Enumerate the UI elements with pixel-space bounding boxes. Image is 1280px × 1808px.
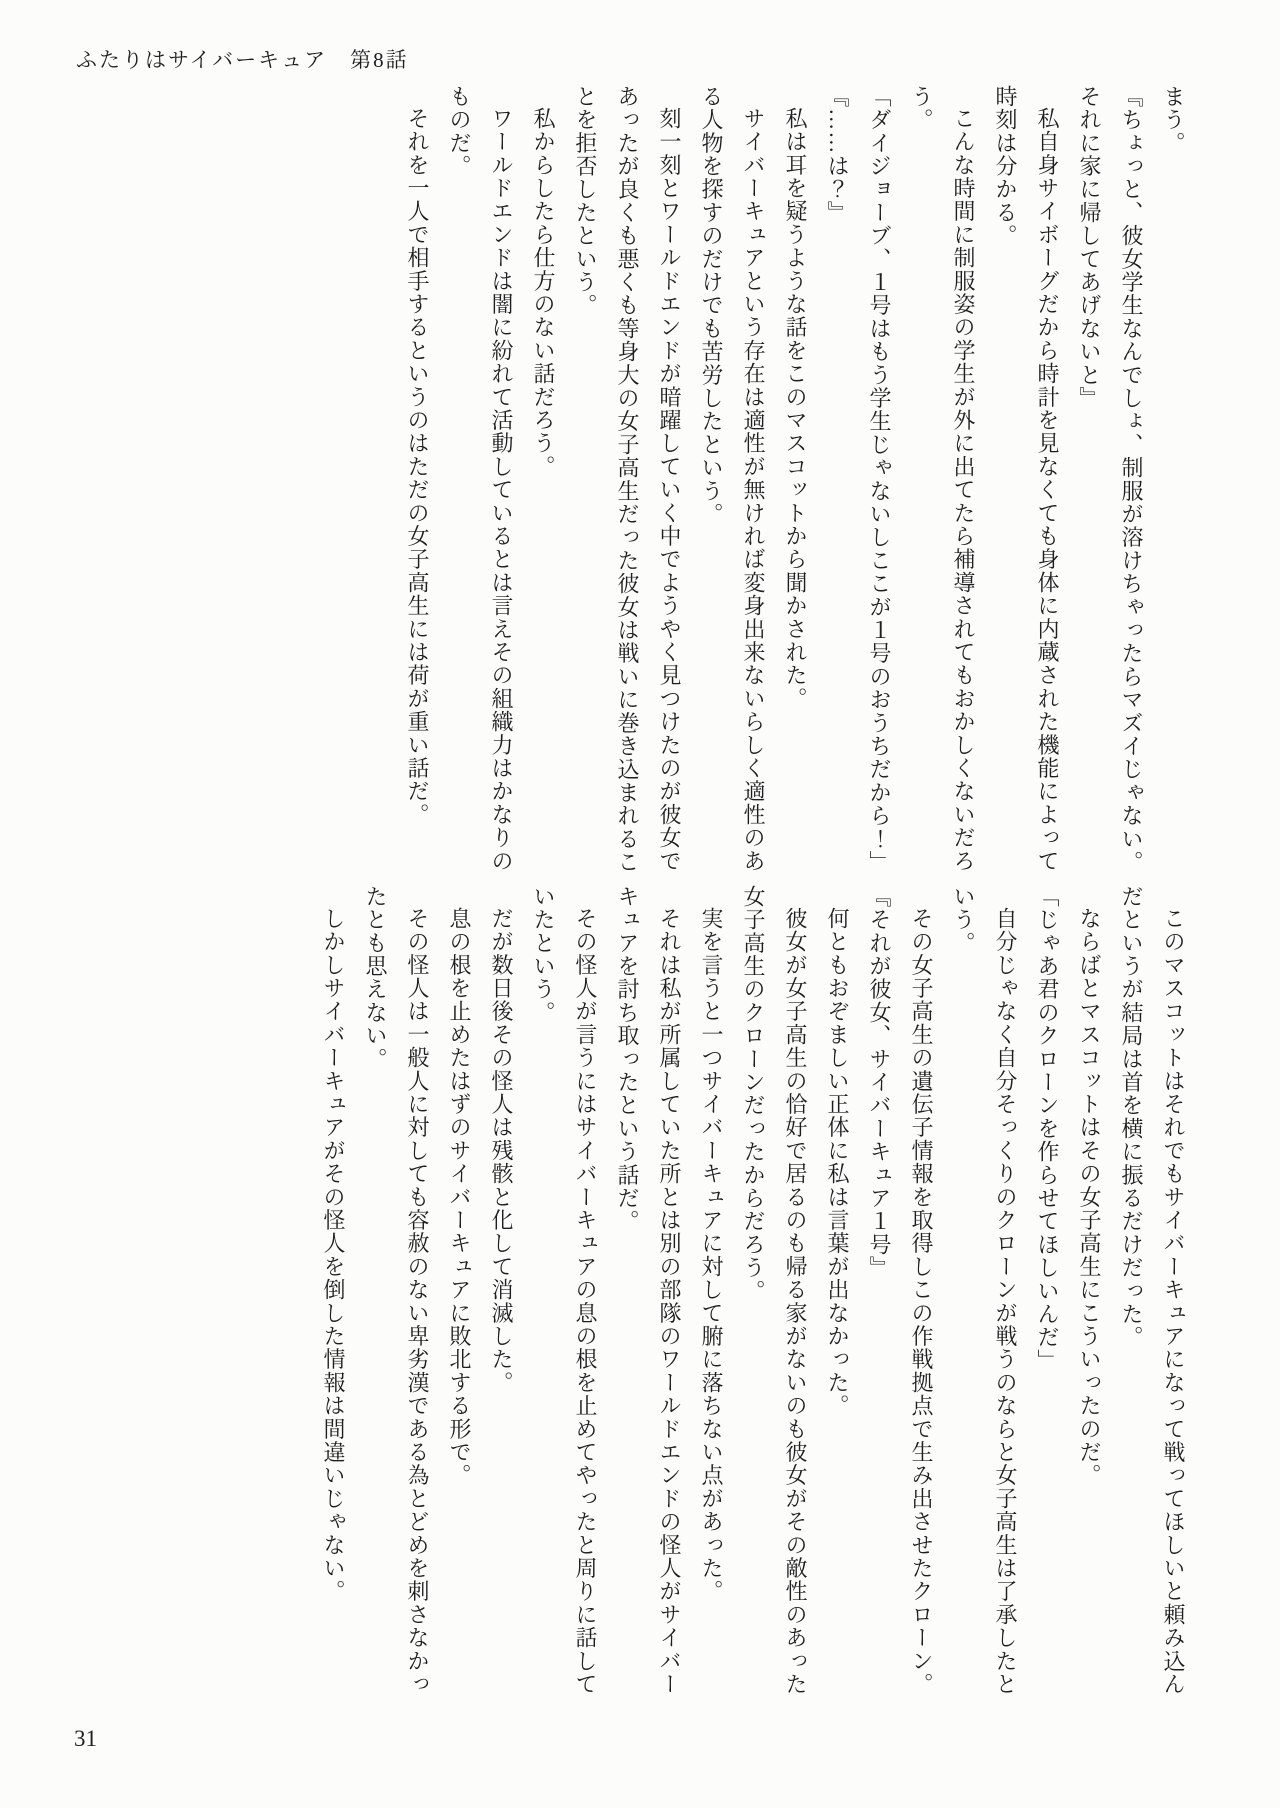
narration-paragraph: サイバーキュアという存在は適性が無ければ変身出来ないらしく適性のある人物を探すの… [690,85,774,885]
dialogue-line: 「じゃあ君のクローンを作らせてほしいんだ」 [1026,885,1068,1699]
narration-paragraph: 私自身サイボーグだから時計を見なくても身体に内蔵された機能によって時刻は分かる。 [984,85,1068,885]
running-header-title: ふたりはサイバーキュア 第8話 [76,44,409,74]
narration-paragraph: 彼女が女子高生の恰好で居るのも帰る家がないのも彼女がその敵性のあった女子高生のク… [732,885,816,1699]
narration-paragraph: ワールドエンドは闇に紛れて活動しているとは言えその組織力はかなりのものだ。 [438,85,522,885]
dialogue-line: 『ちょっと、彼女学生なんでしょ、制服が溶けちゃったらマズイじゃない。それに家に帰… [1068,85,1152,885]
dialogue-line: 『……は？』 [816,85,858,885]
top-text-block: まう。 『ちょっと、彼女学生なんでしょ、制服が溶けちゃったらマズイじゃない。それ… [396,85,1194,885]
narration-paragraph: その怪人は一般人に対しても容赦のない卑劣漢である為とどめを刺さなかったとも思えな… [354,885,438,1699]
narration-paragraph: しかしサイバーキュアがその怪人を倒した情報は間違いじゃない。 [312,885,354,1699]
narration-paragraph: 刻一刻とワールドエンドが暗躍していく中でようやく見つけたのが彼女であったが良くも… [564,85,690,885]
narration-paragraph: まう。 [1152,85,1194,885]
dialogue-line: 『それが彼女、サイバーキュア１号』 [858,885,900,1699]
narration-paragraph: それを一人で相手するというのはただの女子高生には荷が重い話だ。 [396,85,438,885]
narration-paragraph: 実を言うと一つサイバーキュアに対して腑に落ちない点があった。 [690,885,732,1699]
narration-paragraph: だが数日後その怪人は残骸と化して消滅した。 [480,885,522,1699]
narration-paragraph: 息の根を止めたはずのサイバーキュアに敗北する形で。 [438,885,480,1699]
narration-paragraph: 何ともおぞましい正体に私は言葉が出なかった。 [816,885,858,1699]
narration-paragraph: 私からしたら仕方のない話だろう。 [522,85,564,885]
narration-paragraph: 自分じゃなく自分そっくりのクローンが戦うのならと女子高生は了承したという。 [942,885,1026,1699]
narration-paragraph: ならばとマスコットはその女子高生にこういったのだ。 [1068,885,1110,1699]
narration-paragraph: このマスコットはそれでもサイバーキュアになって戦ってほしいと頼み込んだというが結… [1110,885,1194,1699]
narration-paragraph: その女子高生の遺伝子情報を取得しこの作戦拠点で生み出させたクローン。 [900,885,942,1699]
narration-paragraph: その怪人が言うにはサイバーキュアの息の根を止めてやったと周りに話していたという。 [522,885,606,1699]
dialogue-line: 「ダイジョーブ、１号はもう学生じゃないしここが１号のおうちだから！」 [858,85,900,885]
page-number: 31 [74,1726,97,1752]
bottom-text-block: このマスコットはそれでもサイバーキュアになって戦ってほしいと頼み込んだというが結… [312,885,1194,1699]
narration-paragraph: それは私が所属していた所とは別の部隊のワールドエンドの怪人がサイバーキュアを討ち… [606,885,690,1699]
scanned-novel-page: ふたりはサイバーキュア 第8話 まう。 『ちょっと、彼女学生なんでしょ、制服が溶… [0,0,1280,1808]
narration-paragraph: こんな時間に制服姿の学生が外に出てたら補導されてもおかしくないだろう。 [900,85,984,885]
narration-paragraph: 私は耳を疑うような話をこのマスコットから聞かされた。 [774,85,816,885]
